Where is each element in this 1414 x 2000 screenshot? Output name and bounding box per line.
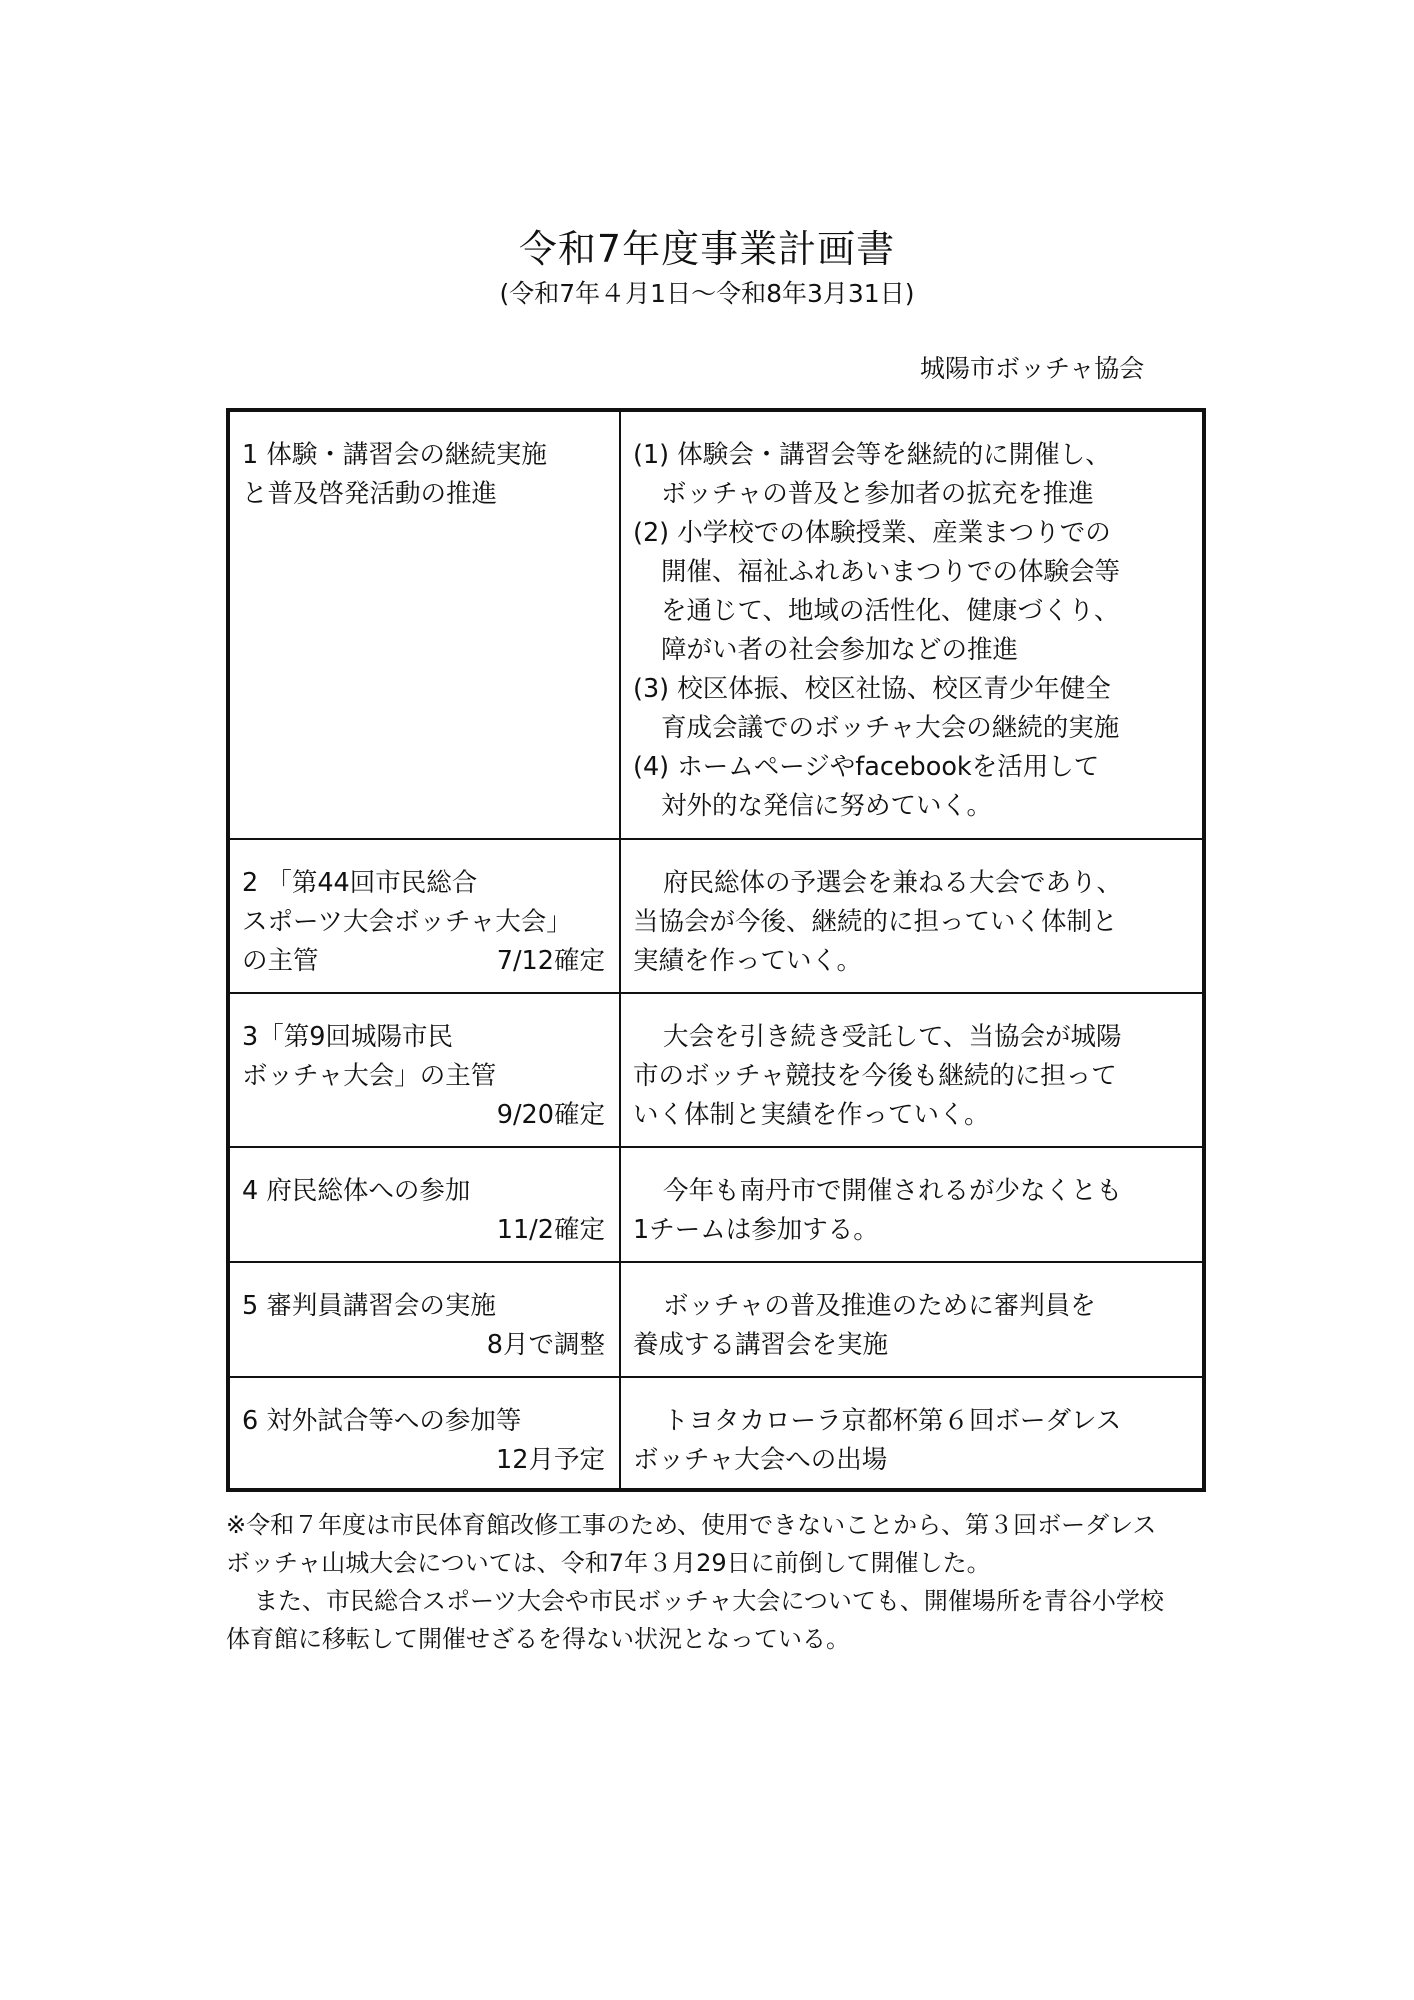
detail-text: 大会を引き続き受託して、当協会が城陽 bbox=[633, 1018, 1192, 1057]
item-number: (4) bbox=[633, 752, 669, 782]
plan-item-text: 5 審判員講習会の実施 bbox=[242, 1287, 609, 1326]
table-row: 6 対外試合等への参加等 12月予定 トヨタカローラ京都杯第６回ボーダレス ボッ… bbox=[228, 1377, 1204, 1490]
detail-text: 実績を作っていく。 bbox=[633, 942, 1192, 981]
detail-text: を通じて、地域の活性化、健康づくり、 bbox=[633, 592, 1192, 631]
plan-item-cell: 2 「第44回市民総合 スポーツ大会ボッチャ大会」 の主管 7/12確定 bbox=[228, 839, 620, 993]
detail-text: 対外的な発信に努めていく。 bbox=[633, 787, 1192, 826]
plan-item-text: 4 府民総体への参加 bbox=[242, 1172, 609, 1211]
footnote-line: 体育館に移転して開催せざるを得ない状況となっている。 bbox=[226, 1620, 1226, 1658]
plan-detail-cell: ボッチャの普及推進のために審判員を 養成する講習会を実施 bbox=[620, 1262, 1204, 1377]
detail-text: 養成する講習会を実施 bbox=[633, 1326, 1192, 1365]
organization-name: 城陽市ボッチャ協会 bbox=[920, 353, 1144, 385]
detail-item: (4) ホームページやfacebookを活用して bbox=[633, 748, 1192, 787]
plan-detail-cell: (1) 体験会・講習会等を継続的に開催し、 ボッチャの普及と参加者の拡充を推進 … bbox=[620, 410, 1204, 839]
item-number: (3) bbox=[633, 674, 669, 704]
item-number: (1) bbox=[633, 440, 669, 470]
plan-item-text: と普及啓発活動の推進 bbox=[242, 475, 609, 514]
detail-text: いく体制と実績を作っていく。 bbox=[633, 1096, 1192, 1135]
plan-item-text: の主管 7/12確定 bbox=[242, 942, 609, 981]
plan-item-text: スポーツ大会ボッチャ大会」 bbox=[242, 903, 609, 942]
detail-item: (3) 校区体振、校区社協、校区青少年健全 bbox=[633, 670, 1192, 709]
detail-item: (2) 小学校での体験授業、産業まつりでの bbox=[633, 514, 1192, 553]
detail-text: 当協会が今後、継続的に担っていく体制と bbox=[633, 903, 1192, 942]
detail-text: 1チームは参加する。 bbox=[633, 1211, 1192, 1250]
detail-text: 障がい者の社会参加などの推進 bbox=[633, 631, 1192, 670]
detail-text: 育成会議でのボッチャ大会の継続的実施 bbox=[633, 709, 1192, 748]
table-row: 1 体験・講習会の継続実施 と普及啓発活動の推進 (1) 体験会・講習会等を継続… bbox=[228, 410, 1204, 839]
detail-item: (1) 体験会・講習会等を継続的に開催し、 bbox=[633, 436, 1192, 475]
plan-item-cell: 6 対外試合等への参加等 12月予定 bbox=[228, 1377, 620, 1490]
document-period: (令和7年４月1日～令和8年3月31日) bbox=[0, 278, 1414, 310]
footnote: ※令和７年度は市民体育館改修工事のため、使用できないことから、第３回ボーダレス … bbox=[226, 1506, 1226, 1658]
plan-item-cell: 3「第9回城陽市民 ボッチャ大会」の主管 9/20確定 bbox=[228, 993, 620, 1147]
detail-text: 体験会・講習会等を継続的に開催し、 bbox=[677, 440, 1111, 470]
footnote-line: ボッチャ山城大会については、令和7年３月29日に前倒して開催した。 bbox=[226, 1544, 1226, 1582]
plan-item-text: ボッチャ大会」の主管 bbox=[242, 1057, 609, 1096]
schedule-date: 11/2確定 bbox=[242, 1211, 609, 1250]
plan-item-cell: 5 審判員講習会の実施 8月で調整 bbox=[228, 1262, 620, 1377]
table-row: 5 審判員講習会の実施 8月で調整 ボッチャの普及推進のために審判員を 養成する… bbox=[228, 1262, 1204, 1377]
schedule-date: 12月予定 bbox=[242, 1441, 609, 1480]
plan-item-text: 3「第9回城陽市民 bbox=[242, 1018, 609, 1057]
schedule-date: 9/20確定 bbox=[242, 1096, 609, 1135]
detail-text: 開催、福祉ふれあいまつりでの体験会等 bbox=[633, 553, 1192, 592]
plan-detail-cell: トヨタカローラ京都杯第６回ボーダレス ボッチャ大会への出場 bbox=[620, 1377, 1204, 1490]
plan-detail-cell: 府民総体の予選会を兼ねる大会であり、 当協会が今後、継続的に担っていく体制と 実… bbox=[620, 839, 1204, 993]
detail-text: 校区体振、校区社協、校区青少年健全 bbox=[677, 674, 1111, 704]
plan-item-text: の主管 bbox=[242, 946, 319, 976]
document-title: 令和7年度事業計画書 bbox=[0, 226, 1414, 272]
plan-table: 1 体験・講習会の継続実施 と普及啓発活動の推進 (1) 体験会・講習会等を継続… bbox=[226, 408, 1206, 1492]
detail-text: 市のボッチャ競技を今後も継続的に担って bbox=[633, 1057, 1192, 1096]
plan-detail-cell: 今年も南丹市で開催されるが少なくとも 1チームは参加する。 bbox=[620, 1147, 1204, 1262]
plan-item-text: 6 対外試合等への参加等 bbox=[242, 1402, 609, 1441]
detail-text: ホームページやfacebookを活用して bbox=[677, 752, 1099, 782]
detail-text: ボッチャ大会への出場 bbox=[633, 1441, 1192, 1480]
table-row: 4 府民総体への参加 11/2確定 今年も南丹市で開催されるが少なくとも 1チー… bbox=[228, 1147, 1204, 1262]
plan-detail-cell: 大会を引き続き受託して、当協会が城陽 市のボッチャ競技を今後も継続的に担って い… bbox=[620, 993, 1204, 1147]
plan-item-cell: 1 体験・講習会の継続実施 と普及啓発活動の推進 bbox=[228, 410, 620, 839]
schedule-date: 8月で調整 bbox=[242, 1326, 609, 1365]
detail-text: 今年も南丹市で開催されるが少なくとも bbox=[633, 1172, 1192, 1211]
detail-text: トヨタカローラ京都杯第６回ボーダレス bbox=[633, 1402, 1192, 1441]
table-row: 2 「第44回市民総合 スポーツ大会ボッチャ大会」 の主管 7/12確定 府民総… bbox=[228, 839, 1204, 993]
detail-text: ボッチャの普及推進のために審判員を bbox=[633, 1287, 1192, 1326]
detail-text: 府民総体の予選会を兼ねる大会であり、 bbox=[633, 864, 1192, 903]
schedule-date: 7/12確定 bbox=[497, 942, 605, 981]
plan-item-cell: 4 府民総体への参加 11/2確定 bbox=[228, 1147, 620, 1262]
footnote-line: ※令和７年度は市民体育館改修工事のため、使用できないことから、第３回ボーダレス bbox=[226, 1506, 1226, 1544]
detail-text: 小学校での体験授業、産業まつりでの bbox=[677, 518, 1111, 548]
plan-item-text: 2 「第44回市民総合 bbox=[242, 864, 609, 903]
item-number: (2) bbox=[633, 518, 669, 548]
table-row: 3「第9回城陽市民 ボッチャ大会」の主管 9/20確定 大会を引き続き受託して、… bbox=[228, 993, 1204, 1147]
plan-item-text: 1 体験・講習会の継続実施 bbox=[242, 436, 609, 475]
footnote-line: また、市民総合スポーツ大会や市民ボッチャ大会についても、開催場所を青谷小学校 bbox=[226, 1582, 1226, 1620]
detail-text: ボッチャの普及と参加者の拡充を推進 bbox=[633, 475, 1192, 514]
